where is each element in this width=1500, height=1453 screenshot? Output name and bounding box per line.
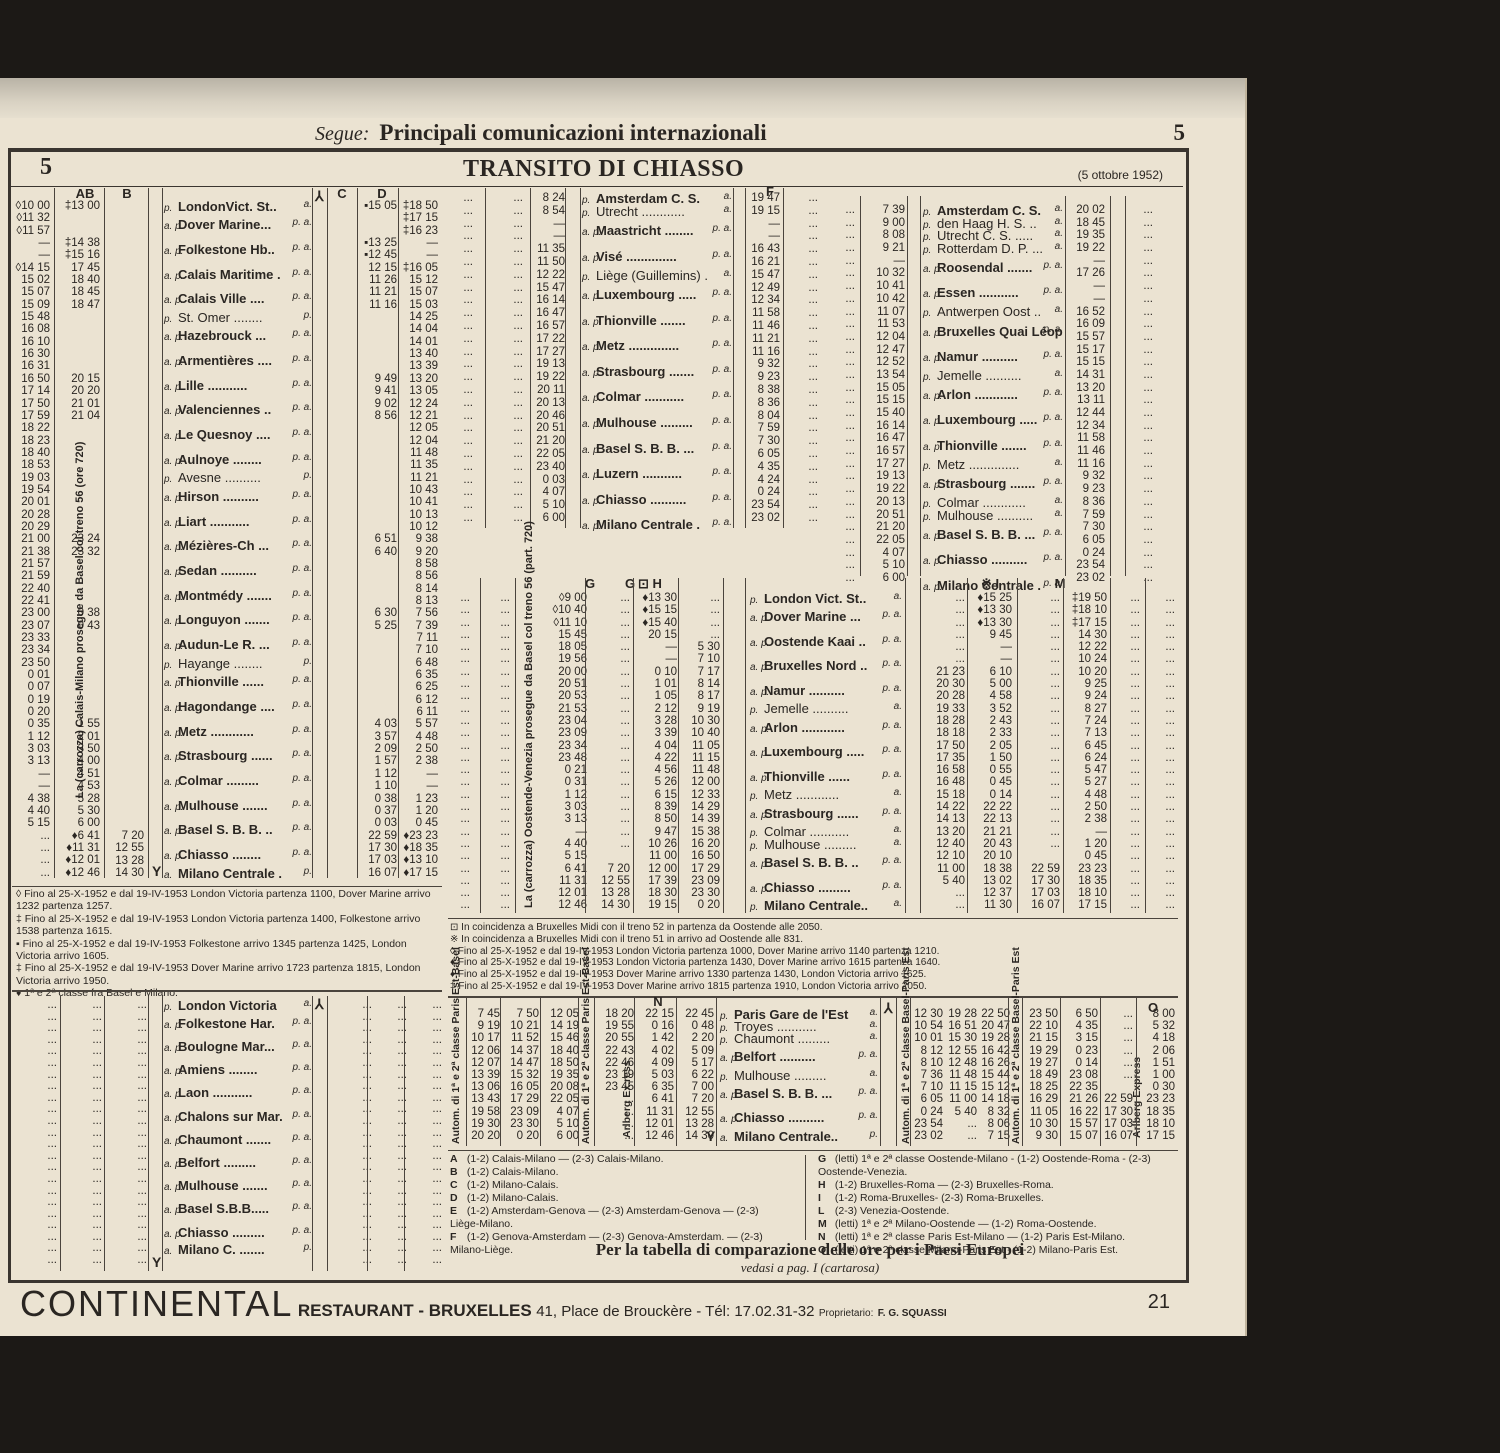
station-name: London Vict. St.. <box>764 591 866 606</box>
time-cell: 23 34 <box>12 644 50 656</box>
time-cell: 7 11 <box>400 632 438 644</box>
time-cell: 10 17 <box>468 1032 500 1044</box>
time-cell: 8 10 <box>913 1057 943 1069</box>
time-cell: ♦13 30 <box>970 604 1012 616</box>
time-cell: ... <box>485 838 510 850</box>
arr-dep-marker: a. p. <box>164 518 178 529</box>
time-cell: 6 48 <box>400 657 438 669</box>
time-cell: 11 46 <box>748 320 780 333</box>
time-cell: 3 13 <box>12 755 50 767</box>
time-cell: ... <box>27 1058 57 1070</box>
station-name: Metz .............. <box>937 457 1019 472</box>
station-row: a. p.Strasbourg .......p. a. <box>582 364 732 379</box>
time-cell: 17 50 <box>923 740 965 752</box>
time-cell: 23 23 <box>1143 1093 1175 1105</box>
arr-dep-marker: p. <box>720 1035 734 1046</box>
time-cell: 12 52 <box>865 356 905 369</box>
time-cell: 7 36 <box>913 1069 943 1081</box>
time-cell: 4 48 <box>400 731 438 743</box>
time-cell: 13 40 <box>400 348 438 360</box>
time-cell: ‡14 38 <box>60 237 100 249</box>
side-note: La (carrozza) Oostende-Venezia prosegue … <box>523 618 535 908</box>
time-cell: 0 31 <box>545 776 587 788</box>
arr-dep-marker: a. p. <box>923 289 937 300</box>
station-name: Mulhouse ....... <box>178 1178 268 1193</box>
time-cell: 8 14 <box>680 678 720 690</box>
column-empty: ........................................… <box>485 592 510 912</box>
time-cell <box>355 336 397 348</box>
arr-dep-marker: a. p. <box>164 221 178 232</box>
time-cell: 15 09 <box>12 299 50 311</box>
time-cell: ... <box>1103 1069 1133 1081</box>
time-cell: 19 15 <box>635 899 677 911</box>
station-name: Namur .......... <box>764 683 845 698</box>
time-cell: 17 03 <box>1020 887 1060 899</box>
time-cell: ... <box>485 617 510 629</box>
time-cell: 11 53 <box>865 318 905 331</box>
arr-dep-marker: a. <box>1055 495 1063 506</box>
time-cell: 5 30 <box>680 641 720 653</box>
time-cell: 1 10 <box>355 780 397 792</box>
time-cell: ♦6 41 <box>60 830 100 842</box>
time-cell: — <box>970 641 1012 653</box>
time-cell: 23 54 <box>748 499 780 512</box>
column-empty: ........................................… <box>117 1000 147 1267</box>
arr-dep-marker: a. p. <box>164 271 178 282</box>
time-cell: 7 39 <box>400 620 438 632</box>
time-cell: 15 32 <box>503 1069 539 1081</box>
station-name: Maastricht ........ <box>596 223 694 238</box>
time-cell: 2 38 <box>400 755 438 767</box>
time-cell: 5 17 <box>678 1057 714 1069</box>
time-cell: 15 18 <box>923 789 965 801</box>
time-cell: 15 12 <box>400 274 438 286</box>
station-name: Le Quesnoy .... <box>178 427 270 442</box>
station-row: a. p.Calais Maritime .p. a. <box>164 267 312 282</box>
time-cell: ... <box>445 333 473 346</box>
column-basel-6: ..................22 5917 3017 0316 07 <box>1103 1008 1133 1142</box>
time-cell: 12 55 <box>945 1045 977 1057</box>
time-cell: 23 00 <box>12 607 50 619</box>
time-cell: 8 36 <box>748 397 780 410</box>
time-cell: 8 14 <box>400 583 438 595</box>
time-cell: ... <box>495 320 523 333</box>
legend-text: (1-2) Milano-Calais. <box>464 1179 559 1191</box>
station-name: Basel S. B. B. .. <box>178 822 273 837</box>
column-empty: ........................................… <box>445 192 473 525</box>
time-cell: ... <box>445 486 473 499</box>
time-cell: ... <box>1020 740 1060 752</box>
time-cell: ... <box>790 218 818 231</box>
time-cell: 16 47 <box>865 432 905 445</box>
time-cell: ... <box>485 826 510 838</box>
time-cell: ... <box>1150 715 1175 727</box>
time-cell: ... <box>835 547 855 560</box>
arr-dep-marker: a. p. <box>164 1066 178 1077</box>
time-cell: 19 35 <box>1070 229 1105 242</box>
column-rule <box>357 188 358 878</box>
time-cell: ... <box>1125 394 1153 407</box>
station-row: a. p.Thionville ......p. a. <box>164 674 312 689</box>
time-cell: 19 29 <box>1026 1045 1058 1057</box>
time-cell: 8 17 <box>680 690 720 702</box>
station-row: p.Mulhouse ..........a. <box>923 508 1063 523</box>
time-cell: ◊11 57 <box>12 225 50 237</box>
time-cell: ‡15 16 <box>60 249 100 261</box>
time-cell: ♦15 15 <box>635 604 677 616</box>
time-cell: 9 41 <box>355 385 397 397</box>
time-cell: ... <box>835 394 855 407</box>
column-rule <box>530 188 531 528</box>
time-cell: 14 04 <box>400 323 438 335</box>
time-cell: 14 25 <box>400 311 438 323</box>
time-cell: ... <box>445 422 473 435</box>
time-cell: 16 51 <box>945 1020 977 1032</box>
column-basel-2: 19 2816 5115 3012 5512 4811 4811 1511 00… <box>945 1008 977 1142</box>
time-cell: ... <box>117 1174 147 1186</box>
time-cell: 20 02 <box>1070 204 1105 217</box>
time-cell: ‡16 23 <box>400 225 438 237</box>
arr-dep-marker: a. p. <box>720 1114 734 1125</box>
time-cell: 23 50 <box>1026 1008 1058 1020</box>
time-cell <box>355 570 397 582</box>
arr-dep-marker: p. <box>750 595 764 606</box>
arr-dep-marker: p. a. <box>293 291 312 302</box>
time-cell: ... <box>445 410 473 423</box>
time-cell: ... <box>1020 826 1060 838</box>
time-cell: 11 00 <box>945 1093 977 1105</box>
legend-text: (1-2) Bruxelles-Roma — (2-3) Bruxelles-R… <box>832 1179 1054 1191</box>
side-label: Arlberg Express <box>1131 1028 1143 1138</box>
time-cell: ... <box>1125 318 1153 331</box>
time-cell: 18 22 <box>12 422 50 434</box>
column-up: 20 0218 4519 3519 22—17 26——16 5216 0915… <box>1070 204 1105 585</box>
time-cell <box>355 225 397 237</box>
advertisement: CONTINENTAL RESTAURANT - BRUXELLES 41, P… <box>20 1283 1220 1319</box>
footnote: ‡ Fino al 25-X-1952 e dal 19-IV-1953 Dov… <box>450 981 1180 993</box>
time-cell: ... <box>1020 604 1060 616</box>
time-cell: 14 47 <box>503 1057 539 1069</box>
time-cell: 16 43 <box>748 243 780 256</box>
station-row: a. p.Basel S. B. B. ...p. a. <box>720 1086 878 1101</box>
arr-dep-marker: a. p. <box>582 227 596 238</box>
column-rule <box>745 578 746 913</box>
time-cell: 11 46 <box>1070 445 1105 458</box>
time-cell: ... <box>1150 727 1175 739</box>
time-cell: ... <box>1125 217 1153 230</box>
column-I: ♦15 25♦13 30♦13 309 45——6 105 004 583 52… <box>970 592 1012 912</box>
time-cell: 19 55 <box>598 1020 634 1032</box>
station-row: a. p.Folkestone Har.p. a. <box>164 1016 312 1031</box>
time-cell: ... <box>485 752 510 764</box>
time-cell: 11 52 <box>503 1032 539 1044</box>
time-cell: 4 02 <box>638 1045 674 1057</box>
station-name: Milano Centrale.. <box>764 898 868 913</box>
time-cell: 4 24 <box>748 474 780 487</box>
time-cell: ... <box>1125 344 1153 357</box>
time-cell: ... <box>445 899 470 911</box>
time-cell <box>60 212 100 224</box>
arr-dep-marker: a. <box>894 787 902 798</box>
column-rule <box>327 996 328 1271</box>
time-cell: 13 20 <box>923 826 965 838</box>
time-cell: ... <box>1125 420 1153 433</box>
time-cell: 7 13 <box>1065 727 1107 739</box>
arr-dep-marker: a. p. <box>923 391 937 402</box>
time-cell: 6 41 <box>638 1093 674 1105</box>
arr-dep-marker: a. <box>870 1007 878 1018</box>
time-cell: 23 48 <box>545 752 587 764</box>
station-name: Mulhouse ......... <box>596 415 693 430</box>
time-cell: ... <box>412 1255 442 1267</box>
time-cell: 11 35 <box>400 459 438 471</box>
station-name: Roosendal ....... <box>937 260 1032 275</box>
time-cell: ... <box>1115 666 1140 678</box>
station-name: Folkestone Hb.. <box>178 242 275 257</box>
arr-dep-marker: a. <box>894 824 902 835</box>
time-cell: 9 38 <box>400 533 438 545</box>
section-title: TRANSITO DI CHIASSO <box>463 156 744 183</box>
column-arrivals: ‡18 50‡17 15‡16 23——‡16 0515 1215 0715 0… <box>400 200 438 879</box>
time-cell: 20 28 <box>923 690 965 702</box>
time-cell: 17 29 <box>503 1093 539 1105</box>
station-name: Mulhouse ......... <box>734 1068 827 1083</box>
time-cell: ... <box>680 617 720 629</box>
time-cell: ... <box>1150 690 1175 702</box>
station-name: Mulhouse .......... <box>937 508 1033 523</box>
time-cell: ... <box>1150 813 1175 825</box>
station-name: Oostende Kaai .. <box>764 634 866 649</box>
station-row: a. p.Folkestone Hb..p. a. <box>164 242 312 257</box>
arr-dep-marker: a. p. <box>164 703 178 714</box>
station-row: a. p.Mézières-Ch ...p. a. <box>164 538 312 553</box>
time-cell: ... <box>1115 727 1140 739</box>
arr-dep-marker: a. p. <box>750 773 764 784</box>
time-cell: 17 30 <box>1103 1106 1133 1118</box>
time-cell: — <box>12 768 50 780</box>
timetable-header: 5 TRANSITO DI CHIASSO (5 ottobre 1952) <box>8 152 1183 187</box>
time-cell <box>1020 850 1060 862</box>
time-cell: — <box>400 780 438 792</box>
time-cell: 7 10 <box>680 653 720 665</box>
arr-dep-marker: p. a. <box>293 699 312 710</box>
time-cell: ... <box>945 1118 977 1130</box>
station-row: a. p.Strasbourg ......p. a. <box>750 806 902 821</box>
time-cell: ♦13 10 <box>400 854 438 866</box>
time-cell: ... <box>835 217 855 230</box>
arr-dep-marker: p. a. <box>293 847 312 858</box>
time-cell: 20 15 <box>635 629 677 641</box>
arr-dep-marker: p. a. <box>293 452 312 463</box>
time-cell: 14 18 <box>978 1093 1010 1105</box>
time-cell: 18 10 <box>1065 887 1107 899</box>
time-cell: ... <box>1115 776 1140 788</box>
arr-dep-marker: p. a. <box>713 287 732 298</box>
station-name: Belfort .......... <box>734 1049 816 1064</box>
column-rule <box>733 188 734 528</box>
arr-dep-marker: a. <box>304 199 312 210</box>
time-cell: 11 58 <box>1070 432 1105 445</box>
arr-dep-marker: p. a. <box>293 242 312 253</box>
arr-dep-marker: p. a. <box>859 1049 878 1060</box>
column-header: ※ I <box>965 576 1015 592</box>
station-name: Strasbourg ....... <box>596 364 694 379</box>
arr-dep-marker: a. p. <box>164 678 178 689</box>
time-cell: ... <box>1020 690 1060 702</box>
station-name: Milano C. ....... <box>178 1242 265 1257</box>
station-row: p.Mulhouse .........a. <box>720 1068 878 1083</box>
column-rule <box>905 578 906 913</box>
time-cell: 8 56 <box>355 410 397 422</box>
column-paris-3: 12 0514 1915 4618 4018 5019 3520 0822 05… <box>543 1008 579 1142</box>
time-cell: 22 05 <box>535 448 565 461</box>
time-cell: 19 30 <box>468 1118 500 1130</box>
time-cell: 9 30 <box>1026 1130 1058 1142</box>
time-cell: ... <box>495 397 523 410</box>
time-cell: ... <box>1103 1032 1133 1044</box>
time-cell: ... <box>1115 592 1140 604</box>
time-cell: ♦13 30 <box>970 617 1012 629</box>
time-cell: 23 09 <box>680 875 720 887</box>
station-row: a. p.Mulhouse .......p. a. <box>164 1178 312 1193</box>
column-rule <box>312 188 313 878</box>
running-head-segue: Segue: <box>315 123 369 145</box>
time-cell: 4 48 <box>1065 789 1107 801</box>
arr-dep-marker: p. a. <box>1044 285 1063 296</box>
footnote: ⊡ In coincidenza a Bruxelles Midi con il… <box>450 922 1180 934</box>
time-cell: ... <box>835 534 855 547</box>
time-cell: 5 26 <box>635 776 677 788</box>
arr-dep-marker: p. <box>164 1002 178 1013</box>
station-name: Valenciennes .. <box>178 402 271 417</box>
time-cell: ... <box>590 653 630 665</box>
time-cell: 10 54 <box>913 1020 943 1032</box>
time-cell: 1 51 <box>1143 1057 1175 1069</box>
legend-key: B <box>450 1166 464 1179</box>
time-cell: ... <box>1020 776 1060 788</box>
arr-dep-marker: a. p. <box>164 826 178 837</box>
time-cell: ... <box>590 629 630 641</box>
station-name: Luxembourg ..... <box>764 744 864 759</box>
arr-dep-marker: p. a. <box>293 1178 312 1189</box>
time-cell: 18 40 <box>60 274 100 286</box>
column-rule <box>327 188 328 878</box>
time-cell: ... <box>1125 432 1153 445</box>
time-cell: 4 56 <box>635 764 677 776</box>
time-cell: 9 47 <box>635 826 677 838</box>
time-cell: ... <box>445 320 473 333</box>
arr-dep-marker: p. a. <box>713 223 732 234</box>
arr-dep-marker: p. a. <box>713 441 732 452</box>
divider <box>805 1155 806 1240</box>
time-cell: ... <box>412 1174 442 1186</box>
time-cell: 17 27 <box>865 458 905 471</box>
time-cell: ... <box>790 397 818 410</box>
time-cell: 13 54 <box>865 369 905 382</box>
time-cell: 0 03 <box>355 817 397 829</box>
time-cell: 15 12 <box>978 1081 1010 1093</box>
column-empty: ........................................… <box>1125 204 1153 585</box>
footnote: ♦ Fino al 25-X-1952 e dal 19-IV-1953 Lon… <box>450 957 1180 969</box>
time-cell: 20 28 <box>12 509 50 521</box>
time-cell: 18 45 <box>60 286 100 298</box>
station-row: a. p.Roosendal .......p. a. <box>923 260 1063 275</box>
time-cell: 13 43 <box>468 1093 500 1105</box>
arr-dep-marker: a. p. <box>582 470 596 481</box>
time-cell: 1 01 <box>635 678 677 690</box>
time-cell: 5 40 <box>923 875 965 887</box>
column-header: M <box>1035 576 1085 591</box>
time-cell: — <box>12 237 50 249</box>
time-cell: — <box>748 230 780 243</box>
arr-dep-marker: p. <box>304 470 312 481</box>
time-cell: ... <box>835 255 855 268</box>
time-cell: 11 21 <box>400 472 438 484</box>
time-cell <box>355 323 397 335</box>
comparison-note-title: Per la tabella di comparazione delle ore… <box>450 1240 1170 1260</box>
time-cell: 10 40 <box>680 727 720 739</box>
station-row: a. p.Bruxelles Quai Léopp. a. <box>923 324 1063 339</box>
time-cell: ... <box>790 422 818 435</box>
column-rule <box>312 996 313 1271</box>
time-cell: ♦11 31 <box>60 842 100 854</box>
arr-dep-marker: a. p. <box>923 531 937 542</box>
down-arrow-icon: Y <box>706 1128 715 1144</box>
time-cell: 4 04 <box>635 740 677 752</box>
time-cell: ... <box>1020 715 1060 727</box>
time-cell: 13 28 <box>104 855 144 867</box>
station-name: Hirson .......... <box>178 489 259 504</box>
time-cell: 21 20 <box>865 521 905 534</box>
station-name: Visé .............. <box>596 249 677 264</box>
time-cell: 17 26 <box>1070 267 1105 280</box>
time-cell: 4 09 <box>638 1057 674 1069</box>
time-cell: ... <box>495 346 523 359</box>
time-cell: 12 04 <box>865 331 905 344</box>
time-cell: 0 10 <box>635 666 677 678</box>
time-cell: ... <box>835 344 855 357</box>
time-cell: ... <box>445 358 473 371</box>
time-cell: 12 49 <box>748 282 780 295</box>
time-cell: ... <box>445 826 470 838</box>
arr-dep-marker: a. p. <box>750 810 764 821</box>
footnote-text: Fino al 25-X-1952 e dal 19-IV-1953 Londo… <box>16 888 431 912</box>
arr-dep-marker: a. <box>1055 228 1063 239</box>
time-cell: ... <box>1020 752 1060 764</box>
time-cell: ... <box>1150 863 1175 875</box>
time-cell: 7 20 <box>104 830 144 842</box>
arr-dep-marker: p. a. <box>293 637 312 648</box>
column-rule <box>485 188 486 528</box>
time-cell: ... <box>495 384 523 397</box>
time-cell: 10 24 <box>1065 653 1107 665</box>
time-cell: 14 19 <box>543 1020 579 1032</box>
time-cell: — <box>1065 826 1107 838</box>
time-cell: ... <box>835 483 855 496</box>
time-cell: ... <box>445 776 470 788</box>
column-rule <box>860 196 861 576</box>
arr-dep-marker: a. p. <box>750 748 764 759</box>
time-cell: ♦15 25 <box>970 592 1012 604</box>
arr-dep-marker: p. <box>304 310 312 321</box>
station-name: Aulnoye ........ <box>178 452 262 467</box>
time-cell: ... <box>1115 899 1140 911</box>
station-row: p.Liège (Guillemins) .a. <box>582 268 732 283</box>
time-cell: 13 02 <box>970 875 1012 887</box>
comparison-note: Per la tabella di comparazione delle ore… <box>450 1240 1170 1276</box>
time-cell: 11 05 <box>1026 1106 1058 1118</box>
station-row: a. p.Luxembourg .....p. a. <box>582 287 732 302</box>
